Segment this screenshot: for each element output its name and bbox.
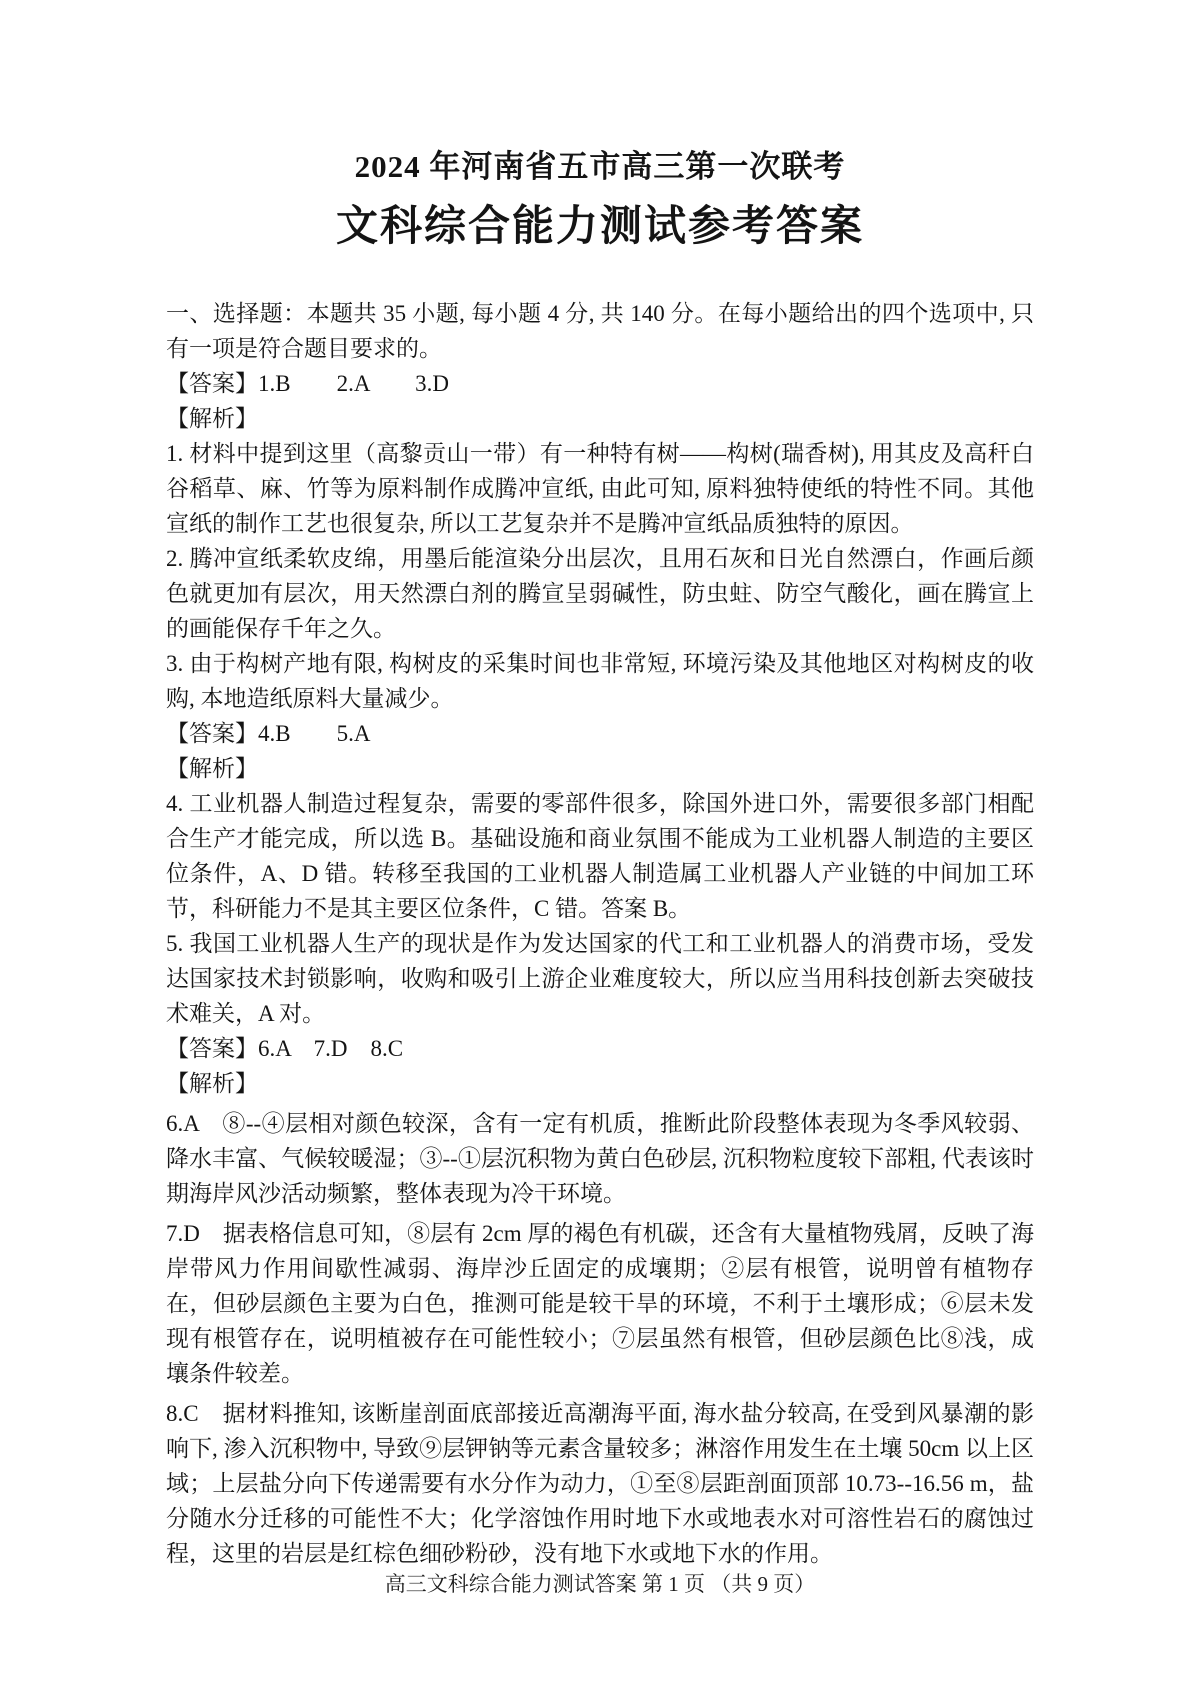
analysis-label: 【解析】 bbox=[166, 756, 258, 781]
analysis-label-3: 【解析】 bbox=[166, 1066, 1034, 1101]
answer-values: 4.B 5.A bbox=[258, 721, 370, 746]
answer-line-q4-5: 【答案】4.B 5.A bbox=[166, 716, 1034, 751]
explanation-q7: 7.D 据表格信息可知，⑧层有 2cm 厚的褐色有机碳，还含有大量植物残屑，反映… bbox=[166, 1216, 1034, 1391]
explanation-q6: 6.A ⑧--④层相对颜色较深，含有一定有机质，推断此阶段整体表现为冬季风较弱、… bbox=[166, 1106, 1034, 1211]
answer-label: 【答案】 bbox=[166, 371, 258, 396]
answer-content: 一、选择题：本题共 35 小题, 每小题 4 分, 共 140 分。在每小题给出… bbox=[166, 296, 1034, 1571]
document-page: 2024 年河南省五市高三第一次联考 文科综合能力测试参考答案 一、选择题：本题… bbox=[166, 146, 1034, 1571]
explanation-q2: 2. 腾冲宣纸柔软皮绵，用墨后能渲染分出层次，且用石灰和日光自然漂白，作画后颜色… bbox=[166, 541, 1034, 646]
document-header: 2024 年河南省五市高三第一次联考 文科综合能力测试参考答案 bbox=[166, 146, 1034, 254]
answer-key-title: 文科综合能力测试参考答案 bbox=[166, 200, 1034, 254]
explanation-q5: 5. 我国工业机器人生产的现状是作为发达国家的代工和工业机器人的消费市场，受发达… bbox=[166, 926, 1034, 1031]
answer-line-q6-8: 【答案】6.A 7.D 8.C bbox=[166, 1031, 1034, 1066]
exam-title: 2024 年河南省五市高三第一次联考 bbox=[166, 146, 1034, 188]
answer-values: 6.A 7.D 8.C bbox=[258, 1036, 403, 1061]
explanation-q1: 1. 材料中提到这里（高黎贡山一带）有一种特有树——构树(瑞香树), 用其皮及高… bbox=[166, 436, 1034, 541]
explanation-q3: 3. 由于构树产地有限, 构树皮的采集时间也非常短, 环境污染及其他地区对构树皮… bbox=[166, 646, 1034, 716]
answer-line-q1-3: 【答案】1.B 2.A 3.D bbox=[166, 366, 1034, 401]
answer-values: 1.B 2.A 3.D bbox=[258, 371, 449, 396]
analysis-label-1: 【解析】 bbox=[166, 401, 1034, 436]
analysis-label-2: 【解析】 bbox=[166, 751, 1034, 786]
page-footer: 高三文科综合能力测试答案 第 1 页 （共 9 页） bbox=[166, 1568, 1034, 1598]
analysis-label: 【解析】 bbox=[166, 406, 258, 431]
answer-label: 【答案】 bbox=[166, 721, 258, 746]
section-intro: 一、选择题：本题共 35 小题, 每小题 4 分, 共 140 分。在每小题给出… bbox=[166, 296, 1034, 366]
explanation-q8: 8.C 据材料推知, 该断崖剖面底部接近高潮海平面, 海水盐分较高, 在受到风暴… bbox=[166, 1396, 1034, 1571]
footer-page-indicator: 高三文科综合能力测试答案 第 1 页 （共 9 页） bbox=[385, 1572, 816, 1596]
analysis-label: 【解析】 bbox=[166, 1071, 258, 1096]
explanation-q4: 4. 工业机器人制造过程复杂，需要的零部件很多，除国外进口外，需要很多部门相配合… bbox=[166, 786, 1034, 926]
answer-label: 【答案】 bbox=[166, 1036, 258, 1061]
